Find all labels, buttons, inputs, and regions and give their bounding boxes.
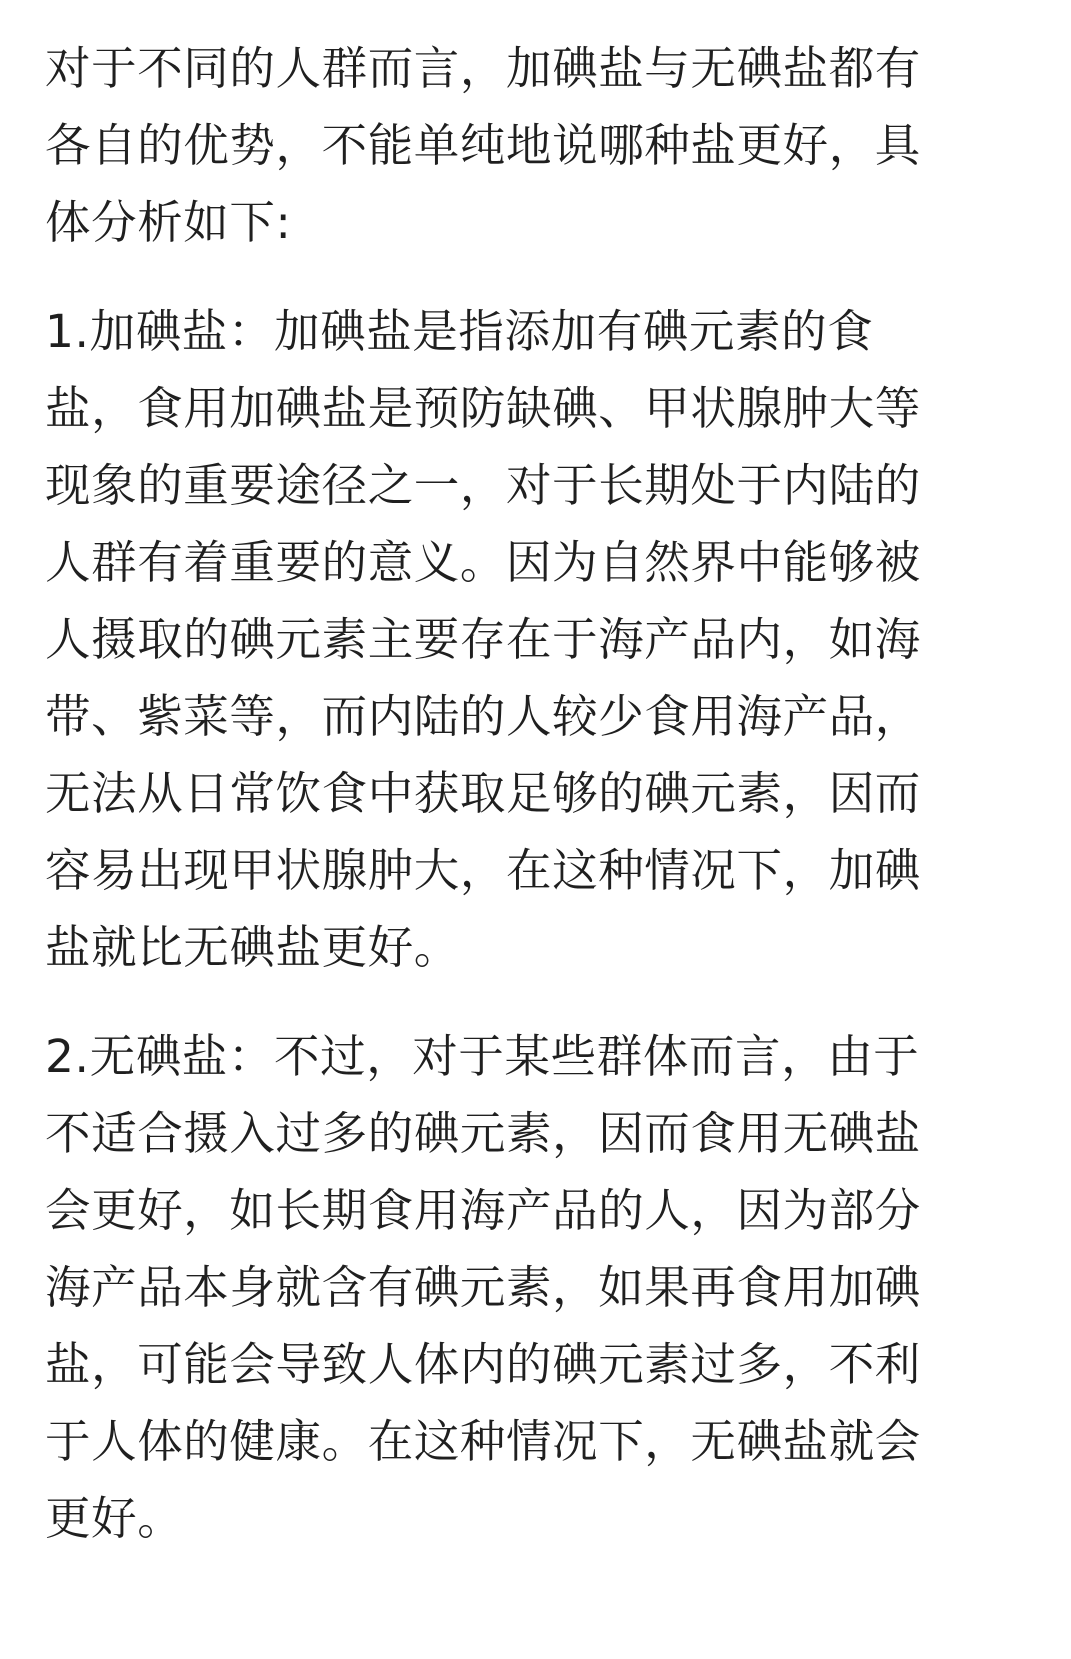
- text-line: 体分析如下:: [45, 184, 985, 261]
- text-line: 盐，可能会导致人体内的碘元素过多，不利: [45, 1326, 985, 1403]
- text-line: 盐，食用加碘盐是预防缺碘、甲状腺肿大等: [45, 370, 985, 447]
- text-line: 盐就比无碘盐更好。: [45, 909, 985, 986]
- paragraph-non-iodized-salt: 2.无碘盐：不过，对于某些群体而言，由于 不适合摄入过多的碘元素，因而食用无碘盐…: [45, 1018, 985, 1557]
- text-line: 人群有着重要的意义。因为自然界中能够被: [45, 524, 985, 601]
- text-line: 各自的优势，不能单纯地说哪种盐更好，具: [45, 107, 985, 184]
- text-line: 于人体的健康。在这种情况下，无碘盐就会: [45, 1403, 985, 1480]
- paragraph-iodized-salt: 1.加碘盐：加碘盐是指添加有碘元素的食 盐，食用加碘盐是预防缺碘、甲状腺肿大等 …: [45, 293, 985, 986]
- text-line: 1.加碘盐：加碘盐是指添加有碘元素的食: [45, 293, 985, 370]
- text-line: 现象的重要途径之一，对于长期处于内陆的: [45, 447, 985, 524]
- text-line: 对于不同的人群而言，加碘盐与无碘盐都有: [45, 30, 985, 107]
- text-line: 容易出现甲状腺肿大，在这种情况下，加碘: [45, 832, 985, 909]
- article-body: 对于不同的人群而言，加碘盐与无碘盐都有 各自的优势，不能单纯地说哪种盐更好，具 …: [45, 30, 985, 1591]
- paragraph-intro: 对于不同的人群而言，加碘盐与无碘盐都有 各自的优势，不能单纯地说哪种盐更好，具 …: [45, 30, 985, 261]
- text-line: 不适合摄入过多的碘元素，因而食用无碘盐: [45, 1095, 985, 1172]
- text-line: 无法从日常饮食中获取足够的碘元素，因而: [45, 755, 985, 832]
- text-line: 带、紫菜等，而内陆的人较少食用海产品，: [45, 678, 985, 755]
- text-line: 人摄取的碘元素主要存在于海产品内，如海: [45, 601, 985, 678]
- text-line: 海产品本身就含有碘元素，如果再食用加碘: [45, 1249, 985, 1326]
- text-line: 2.无碘盐：不过，对于某些群体而言，由于: [45, 1018, 985, 1095]
- text-line: 更好。: [45, 1480, 985, 1557]
- text-line: 会更好，如长期食用海产品的人，因为部分: [45, 1172, 985, 1249]
